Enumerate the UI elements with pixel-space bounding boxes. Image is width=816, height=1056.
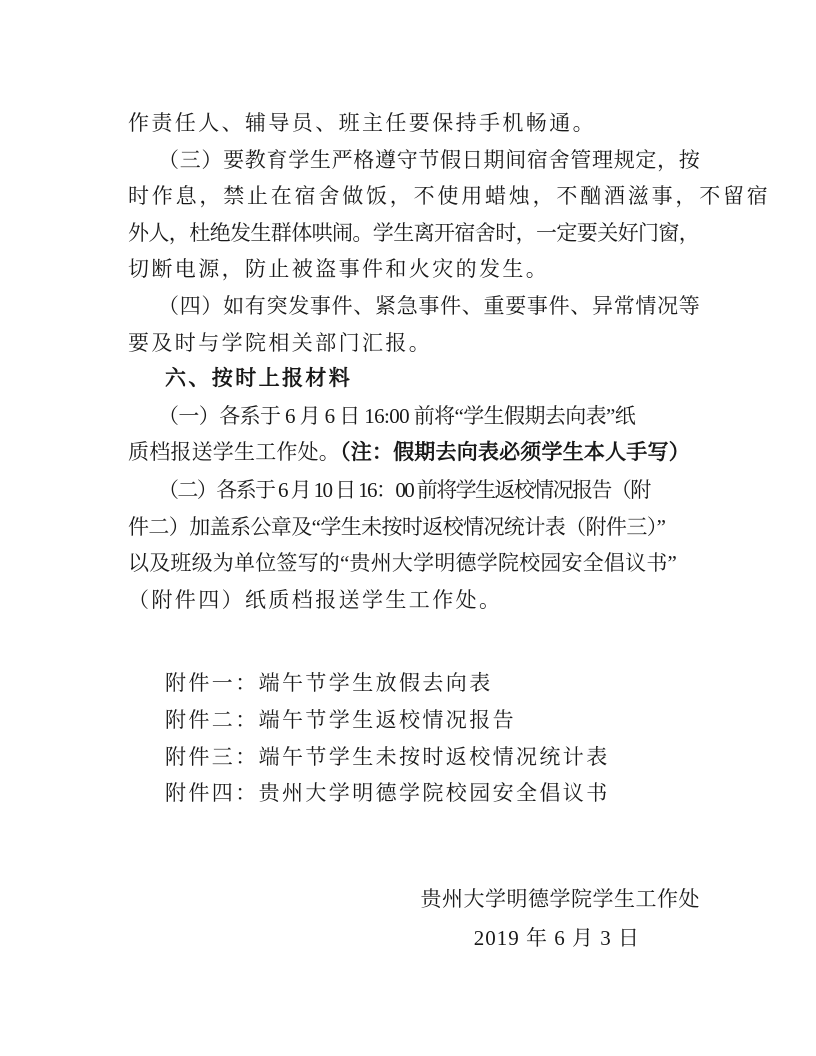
body-line: 时作息，禁止在宿舍做饭，不使用蜡烛，不酗酒滋事，不留宿	[128, 178, 700, 215]
body-line: 件二）加盖系公章及“学生未按时返校情况统计表（附件三）”	[128, 509, 700, 546]
body-line: 要及时与学院相关部门汇报。	[128, 325, 700, 362]
spacer	[128, 618, 700, 665]
bold-note: （注：假期去向表必须学生本人手写）	[340, 441, 690, 464]
document-page: 作责任人、辅导员、班主任要保持手机畅通。 （三）要教育学生严格遵守节假日期间宿舍…	[0, 0, 816, 1056]
attachment-item: 附件一：端午节学生放假去向表	[128, 665, 700, 702]
signature-department: 贵州大学明德学院学生工作处	[128, 881, 700, 918]
signature-date: 2019 年 6 月 3 日	[128, 920, 700, 957]
attachment-item: 附件二：端午节学生返校情况报告	[128, 702, 700, 739]
body-line: （一）各系于 6 月 6 日 16:00 前将“学生假期去向表”纸	[128, 398, 700, 435]
attachment-item: 附件三：端午节学生未按时返校情况统计表	[128, 739, 700, 776]
body-line: （附件四）纸质档报送学生工作处。	[128, 582, 700, 619]
spacer	[128, 812, 700, 881]
body-line: 切断电源，防止被盗事件和火灾的发生。	[128, 251, 700, 288]
section-heading: 六、按时上报材料	[128, 361, 700, 398]
body-line: （二）各系于 6 月 10 日 16：00 前将学生返校情况报告（附	[128, 472, 700, 509]
body-line: 质档报送学生工作处。（注：假期去向表必须学生本人手写）	[128, 434, 700, 472]
body-line: 以及班级为单位签写的“贵州大学明德学院校园安全倡议书”	[128, 545, 700, 582]
body-line: （四）如有突发事件、紧急事件、重要事件、异常情况等	[128, 288, 700, 325]
body-line: （三）要教育学生严格遵守节假日期间宿舍管理规定，按	[128, 142, 700, 179]
attachment-item: 附件四：贵州大学明德学院校园安全倡议书	[128, 775, 700, 812]
document-body: 作责任人、辅导员、班主任要保持手机畅通。 （三）要教育学生严格遵守节假日期间宿舍…	[128, 105, 700, 957]
body-line: 外人，杜绝发生群体哄闹。学生离开宿舍时，一定要关好门窗，	[128, 215, 700, 252]
body-line: 作责任人、辅导员、班主任要保持手机畅通。	[128, 105, 700, 142]
body-line-text: 质档报送学生工作处。	[128, 440, 340, 464]
